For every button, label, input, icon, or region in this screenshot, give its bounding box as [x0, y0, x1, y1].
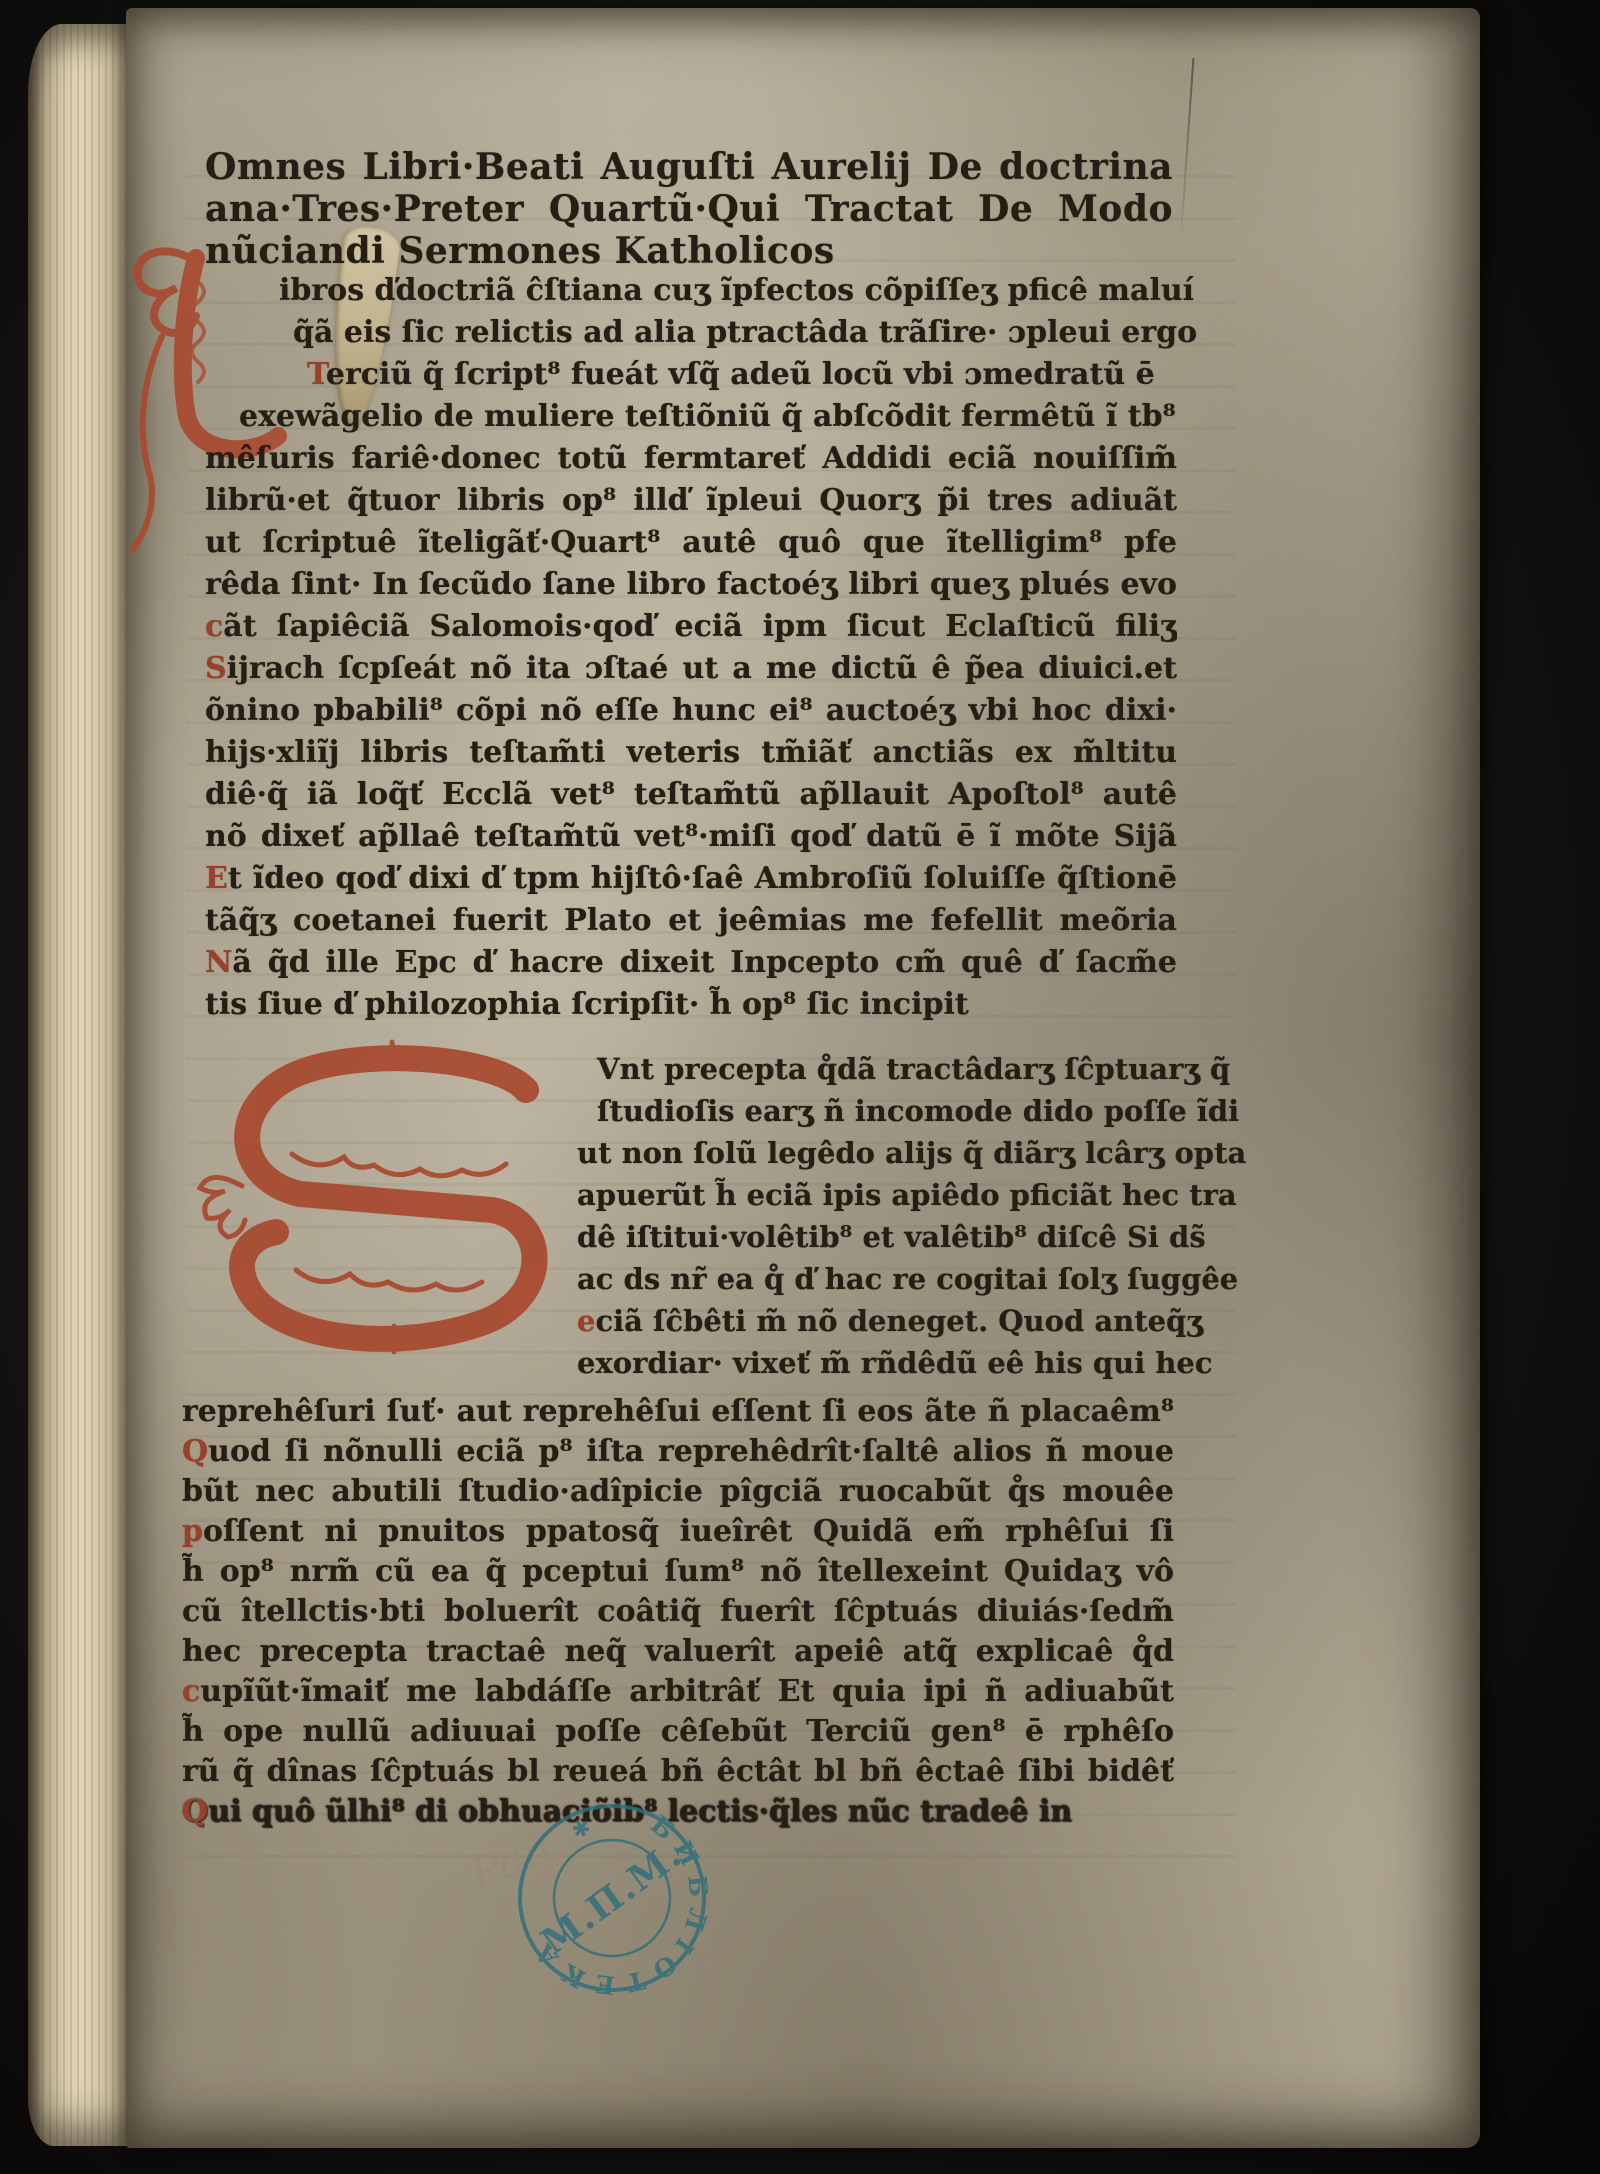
text-line: õnino pbabili⁸ cõpi nõ eſſe hunc ei⁸ auc… [205, 690, 1177, 732]
text-line: tis ſiue ď philozophia ſcripſit· h̃ op⁸ … [205, 984, 1177, 1026]
text-line: Nã q̃d ille Epc ď hacre dixeit Inpcepto … [205, 942, 1177, 984]
text-line: exewãgelio de muliere teſtiõniũ q̃ abſcõ… [205, 396, 1177, 438]
text-line: cupĩũt·ĩmaiť me labdáſſe arbitrâť Et qui… [182, 1672, 1174, 1712]
text-line: ut ſcriptuê ĩteligãť·Quart⁸ autê quô que… [205, 522, 1177, 564]
text-line: dê iſtitui·volêtib⁸ et valêtib⁸ diſcê Si… [205, 1216, 1177, 1258]
text-line: bũt nec abutili ſtudio·adîpicie pîgciã r… [182, 1472, 1174, 1512]
text-line: diê·q̃ iã loq̃ť Ecclã vet⁸ teſtam̃tũ ap̃… [205, 774, 1177, 816]
heading-line: Omnes Libri·Beati Auguſti Aurelij De doc… [205, 146, 1173, 188]
text-line: Vnt precepta q̊dã tractâdarʒ ſĉptuarʒ q̃ [205, 1048, 1177, 1090]
text-line: hec precepta tractaê neq̃ valuerît apeiê… [182, 1632, 1174, 1672]
paragraph-2-full: reprehêſuri ſuť· aut reprehêſui eſſent ſ… [182, 1392, 1174, 1832]
text-line: cãt ſapiêciã Salomois·qoď eciã ipm ſicut… [205, 606, 1177, 648]
text-line: poſſent ni pnuitos ppatosq̃ iueîrêt Quid… [182, 1512, 1174, 1552]
scanned-book-photo: Omnes Libri·Beati Auguſti Aurelij De doc… [0, 0, 1600, 2174]
incipit-heading: Omnes Libri·Beati Auguſti Aurelij De doc… [205, 146, 1173, 272]
paragraph-2-indent: Vnt precepta q̊dã tractâdarʒ ſĉptuarʒ q̃… [205, 1048, 1177, 1384]
text-line: h̃ ope nullũ adiuuai poſſe cêſebũt Terci… [182, 1712, 1174, 1752]
text-line: h̃ op⁸ nrm̃ cũ ea q̃ pceptui ſum⁸ nõ îte… [182, 1552, 1174, 1592]
text-line: librũ·et q̃tuor libris op⁸ illď ĩpleui Q… [205, 480, 1177, 522]
text-line: hijs·xliĩj libris teſtam̃ti veteris tm̃i… [205, 732, 1177, 774]
text-line: mêſuris fariê·donec totũ fermtareť Addid… [205, 438, 1177, 480]
text-line: Quod ſi nõnulli eciã p⁸ iſta reprehêdrît… [182, 1432, 1174, 1472]
stamp-center-text: М.П.М. [534, 1833, 691, 1963]
text-line: exordiar· vixeť m̃ rñdêdũ eê his qui hec [205, 1342, 1177, 1384]
text-line: rêda ſint· In ſecũdo ſane libro factoéʒ … [205, 564, 1177, 606]
text-line: reprehêſuri ſuť· aut reprehêſui eſſent ſ… [182, 1392, 1174, 1432]
vellum-crack [1180, 58, 1195, 243]
text-line: nõ dixeť ap̃llaê teſtam̃tũ vet⁸·miſi qoď… [205, 816, 1177, 858]
paragraph-1: ibros ďdoctriã ĉſtiana cuʒ ĩpfectos cõpi… [205, 270, 1177, 1026]
heading-line: ana·Tres·Preter Quartũ·Qui Tractat De Mo… [205, 188, 1173, 230]
text-line: Terciũ q̃ ſcript⁸ fueát vſq̃ adeũ locũ v… [205, 354, 1177, 396]
text-line: ſtudioſis earʒ ñ incomode dido poſſe ĩdi [205, 1090, 1177, 1132]
text-line: Sijrach ſcpſeát nõ ita ɔſtaé ut a me dic… [205, 648, 1177, 690]
heading-line: nũciandi Sermones Katholicos [205, 230, 1173, 272]
text-line: ibros ďdoctriã ĉſtiana cuʒ ĩpfectos cõpi… [205, 270, 1177, 312]
text-line: cũ îtellctis·bti boluerît coâtiq̃ fuerît… [182, 1592, 1174, 1632]
text-line: Et ĩdeo qoď dixi ď tpm hijſtô·ſaê Ambroſ… [205, 858, 1177, 900]
stamp-star: ✱ [568, 1815, 595, 1845]
text-line: apuerũt h̃ eciã ipis apiêdo pficiãt hec … [205, 1174, 1177, 1216]
text-line: eciã ſĉbêti m̃ nõ deneget. Quod anteq̃ʒ [205, 1300, 1177, 1342]
text-line: ac ds nr̃ ea q̊ ď hac re cogitai ſolʒ ſu… [205, 1258, 1177, 1300]
text-line: ut non ſolũ legêdo alijs q̃ diãrʒ lcârʒ … [205, 1132, 1177, 1174]
text-line: tãq̃ʒ coetanei fuerit Plato et jeêmias m… [205, 900, 1177, 942]
text-line: q̃ã eis ſic relictis ad alia ptractâda t… [205, 312, 1177, 354]
